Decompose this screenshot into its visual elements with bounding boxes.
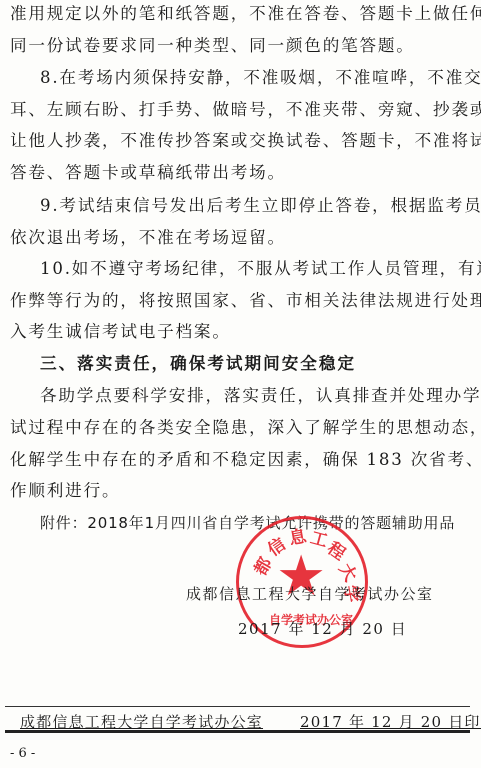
rule-8: 8.在考场内须保持安静，不准吸烟，不准喧哗，不准交头接 xyxy=(40,68,481,88)
seal-arc-char: 息 xyxy=(287,522,308,550)
body-line: 耳、左顾右盼、打手势、做暗号，不准夹带、旁窥、抄袭或有意 xyxy=(10,100,475,120)
footer-rule-bottom xyxy=(5,730,470,733)
body-line: 同一份试卷要求同一种类型、同一颜色的笔答题。 xyxy=(10,36,475,56)
rule-9: 9.考试结束信号发出后考生立即停止答卷，根据监考员指令 xyxy=(40,196,481,216)
section-paragraph: 各助学点要科学安排，落实责任，认真排查并处理办学及考 xyxy=(40,386,481,406)
body-line: 准用规定以外的笔和纸答题，不准在答卷、答题卡上做任何标记。 xyxy=(10,4,475,24)
footer-org: 成都信息工程大学自学考试办公室 xyxy=(20,711,263,732)
section-heading: 三、落实责任，确保考试期间安全稳定 xyxy=(40,354,481,374)
body-line: 依次退出考场，不准在考场逗留。 xyxy=(10,228,475,248)
section-paragraph: 化解学生中存在的矛盾和不稳定因素，确保 183 次省考、统考工 xyxy=(10,450,475,470)
body-line: 作弊等行为的，将按照国家、省、市相关法律法规进行处理并记 xyxy=(10,291,475,311)
page-number: - 6 - xyxy=(10,746,35,761)
body-line: 答卷、答题卡或草稿纸带出考场。 xyxy=(10,163,475,183)
rule-10: 10.如不遵守考场纪律，不服从考试工作人员管理，有违纪、 xyxy=(40,259,481,279)
body-line: 入考生诚信考试电子档案。 xyxy=(10,322,475,342)
section-paragraph: 作顺利进行。 xyxy=(10,481,475,501)
footer-issued-date: 2017 年 12 月 20 日印发 xyxy=(300,711,481,732)
section-paragraph: 试过程中存在的各类安全隐患，深入了解学生的思想动态，及时 xyxy=(10,418,475,438)
body-line: 让他人抄袭，不准传抄答案或交换试卷、答题卡，不准将试卷、 xyxy=(10,131,475,151)
signature-org: 成都信息工程大学自学考试办公室 xyxy=(186,583,434,604)
footer-rule-top xyxy=(5,706,470,707)
signature-date: 2017 年 12 月 20 日 xyxy=(238,618,407,639)
